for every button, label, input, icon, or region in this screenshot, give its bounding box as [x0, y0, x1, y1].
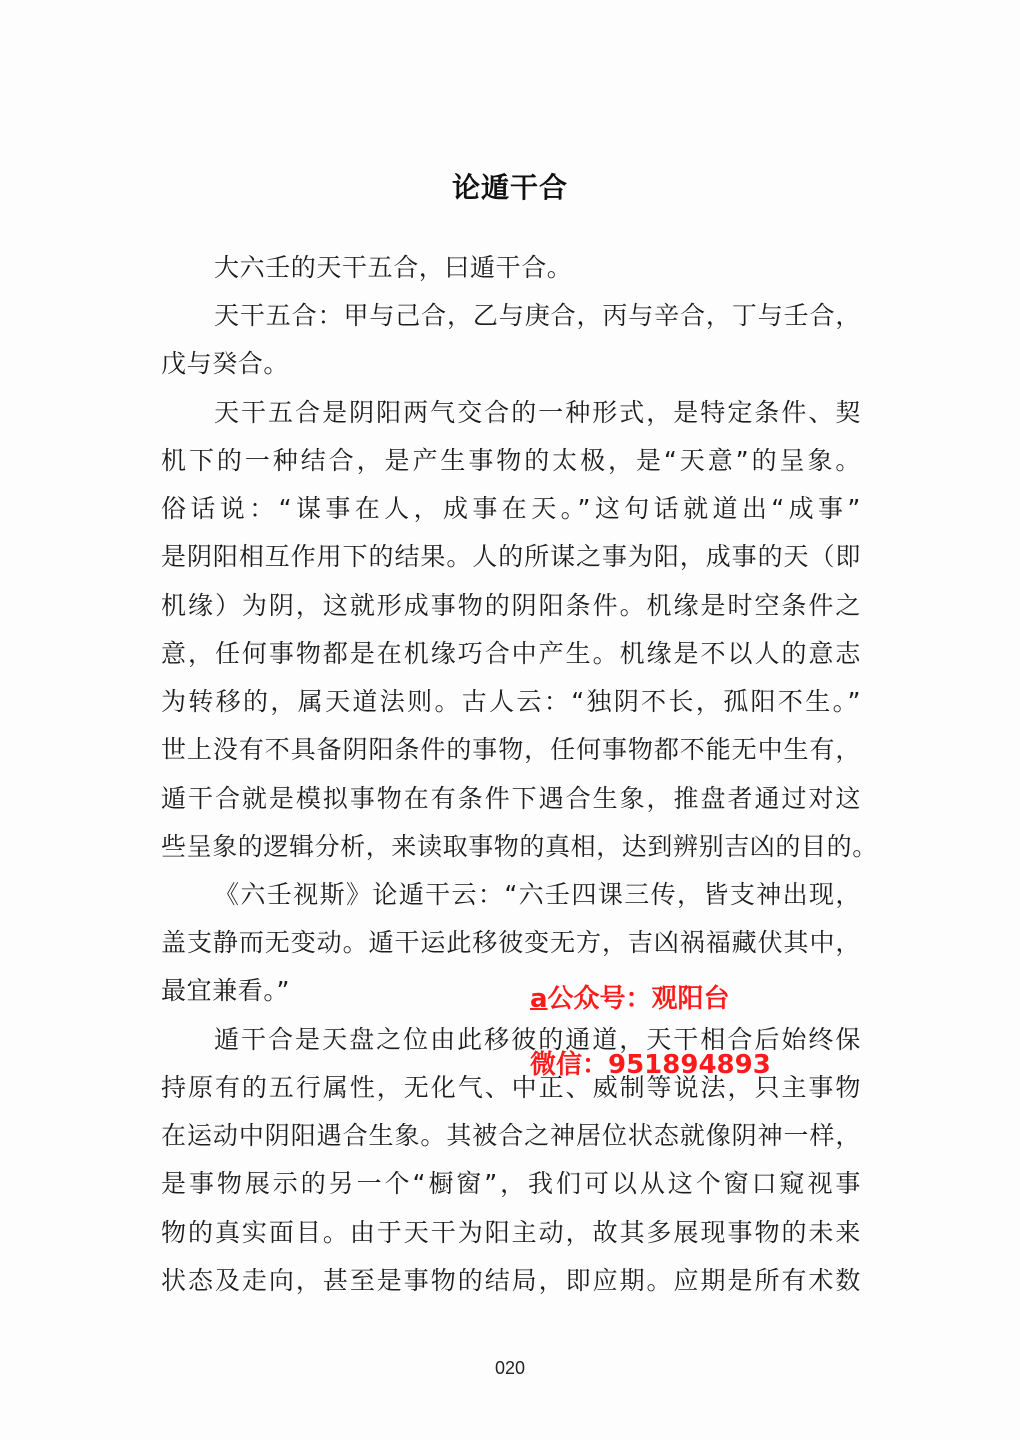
watermark-account-text: 公众号：观阳台 — [548, 984, 730, 1014]
watermark-official-account: a公众号：观阳台 — [530, 984, 730, 1014]
text-line: 些呈象的逻辑分析，来读取事物的真相，达到辨别吉凶的目的。 — [161, 832, 861, 862]
text-line: 机缘）为阴，这就形成事物的阴阳条件。机缘是时空条件之 — [161, 591, 861, 621]
text-line: 戊与癸合。 — [161, 349, 861, 379]
page-number: 020 — [0, 1358, 1020, 1379]
text-line: 天干五合：甲与己合，乙与庚合，丙与辛合，丁与壬合， — [214, 301, 861, 331]
text-line: 天干五合是阴阳两气交合的一种形式，是特定条件、契 — [214, 398, 861, 428]
text-line: 遁干合就是模拟事物在有条件下遇合生象，推盘者通过对这 — [161, 784, 861, 814]
text-line: 为转移的，属天道法则。古人云：“独阴不长，孤阳不生。” — [161, 687, 861, 717]
text-line: 在运动中阴阳遇合生象。其被合之神居位状态就像阴神一样， — [161, 1121, 861, 1151]
text-line: 盖支静而无变动。遁干运此移彼变无方，吉凶祸福藏伏其中， — [161, 928, 861, 958]
text-line: 意，任何事物都是在机缘巧合中产生。机缘是不以人的意志 — [161, 639, 861, 669]
watermark-wechat: 微信：951894893 — [530, 1050, 771, 1080]
text-line: 是事物展示的另一个“橱窗”，我们可以从这个窗口窥视事 — [161, 1169, 861, 1199]
text-line: 世上没有不具备阴阳条件的事物，任何事物都不能无中生有， — [161, 735, 861, 765]
text-line: 机下的一种结合，是产生事物的太极，是“天意”的呈象。 — [161, 446, 861, 476]
text-line: 状态及走向，甚至是事物的结局，即应期。应期是所有术数 — [161, 1266, 861, 1296]
text-line: 最宜兼看。” — [161, 976, 861, 1006]
page-title: 论遁干合 — [0, 166, 1020, 206]
text-line: 俗话说：“谋事在人，成事在天。”这句话就道出“成事” — [161, 494, 861, 524]
text-line: 大六壬的天干五合，曰遁干合。 — [214, 253, 861, 283]
watermark-prefix: a — [530, 984, 548, 1014]
text-line: 是阴阳相互作用下的结果。人的所谋之事为阳，成事的天（即 — [161, 542, 861, 572]
text-line: 《六壬视斯》论遁干云：“六壬四课三传，皆支神出现， — [214, 880, 861, 910]
text-line: 物的真实面目。由于天干为阳主动，故其多展现事物的未来 — [161, 1218, 861, 1248]
